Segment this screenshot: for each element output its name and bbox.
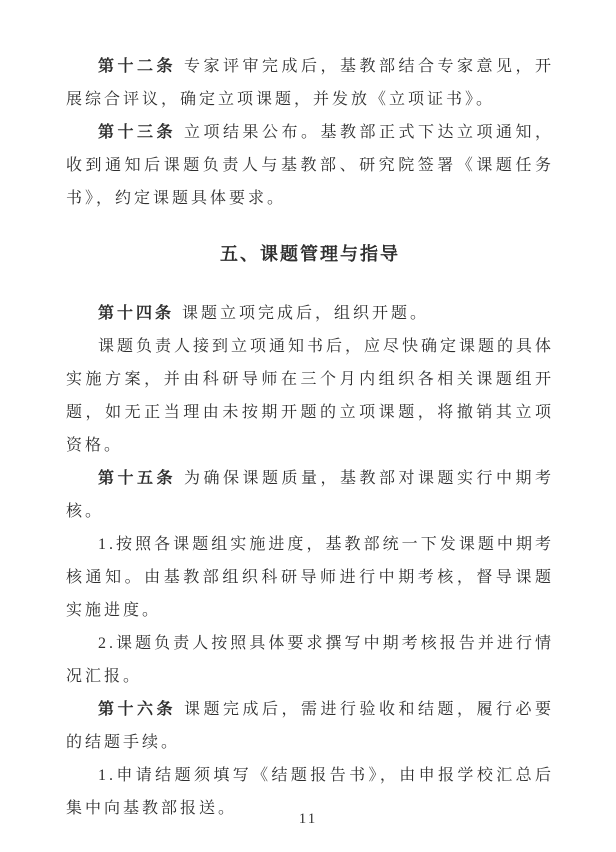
article-label-14: 第十四条 bbox=[98, 305, 174, 322]
body-paragraph-item-1: 1.按照各课题组实施进度，基教部统一下发课题中期考核通知。由基教部组织科研导师进… bbox=[66, 528, 554, 627]
article-text-14: 课题立项完成后，组织开题。 bbox=[182, 305, 429, 322]
body-paragraph-implementation: 课题负责人接到立项通知书后，应尽快确定课题的具体实施方案，并由科研导师在三个月内… bbox=[66, 330, 554, 462]
body-paragraph-item-2: 2.课题负责人按照具体要求撰写中期考核报告并进行情况汇报。 bbox=[66, 627, 554, 693]
page-number: 11 bbox=[0, 811, 616, 828]
section-heading: 五、课题管理与指导 bbox=[66, 237, 554, 271]
article-label-12: 第十二条 bbox=[98, 58, 176, 75]
document-body: 第十二条专家评审完成后，基教部结合专家意见，开展综合评议，确定立项课题，并发放《… bbox=[66, 50, 554, 825]
body-text: 2.课题负责人按照具体要求撰写中期考核报告并进行情况汇报。 bbox=[66, 635, 554, 685]
article-label-16: 第十六条 bbox=[98, 701, 176, 718]
article-paragraph-14: 第十四条课题立项完成后，组织开题。 bbox=[66, 297, 554, 330]
body-text: 课题负责人接到立项通知书后，应尽快确定课题的具体实施方案，并由科研导师在三个月内… bbox=[66, 338, 554, 454]
article-paragraph-16: 第十六条课题完成后，需进行验收和结题，履行必要的结题手续。 bbox=[66, 693, 554, 759]
body-text: 1.申请结题须填写《结题报告书》，由申报学校汇总后集中向基教部报送。 bbox=[66, 767, 554, 817]
document-page: 第十二条专家评审完成后，基教部结合专家意见，开展综合评议，确定立项课题，并发放《… bbox=[0, 0, 616, 852]
body-text: 1.按照各课题组实施进度，基教部统一下发课题中期考核通知。由基教部组织科研导师进… bbox=[66, 536, 554, 619]
article-paragraph-12: 第十二条专家评审完成后，基教部结合专家意见，开展综合评议，确定立项课题，并发放《… bbox=[66, 50, 554, 116]
article-paragraph-13: 第十三条立项结果公布。基教部正式下达立项通知，收到通知后课题负责人与基教部、研究… bbox=[66, 116, 554, 215]
article-paragraph-15: 第十五条为确保课题质量，基教部对课题实行中期考核。 bbox=[66, 462, 554, 528]
article-label-15: 第十五条 bbox=[98, 470, 176, 487]
article-label-13: 第十三条 bbox=[98, 124, 176, 141]
